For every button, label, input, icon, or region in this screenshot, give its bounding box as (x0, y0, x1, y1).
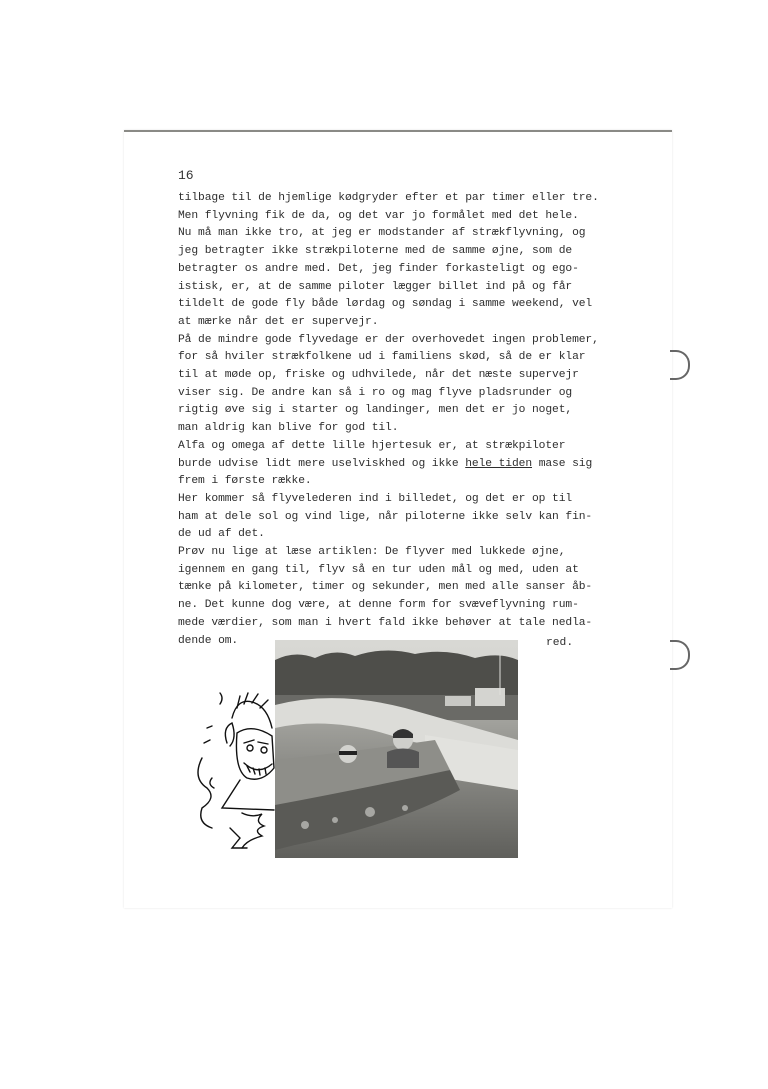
binder-ring-icon (670, 640, 690, 670)
text-line: for så hviler strækfolkene ud i familien… (178, 349, 648, 367)
page-number: 16 (178, 168, 194, 183)
text-line: man aldrig kan blive for god til. (178, 420, 648, 438)
article-body: tilbage til de hjemlige kødgryder efter … (178, 190, 648, 650)
text-line: ne. Det kunne dog være, at denne form fo… (178, 597, 648, 615)
text-line: viser sig. De andre kan så i ro og mag f… (178, 385, 648, 403)
text-line: betragter os andre med. Det, jeg finder … (178, 261, 648, 279)
text-line: istisk, er, at de samme piloter lægger b… (178, 279, 648, 297)
text-line: at mærke når det er supervejr. (178, 314, 648, 332)
text-line: tilbage til de hjemlige kødgryder efter … (178, 190, 648, 208)
text-line: Men flyvning fik de da, og det var jo fo… (178, 208, 648, 226)
text-line: På de mindre gode flyvedage er der overh… (178, 332, 648, 350)
text-line: Prøv nu lige at læse artiklen: De flyver… (178, 544, 648, 562)
signature: red. (546, 637, 573, 649)
text-line: ham at dele sol og vind lige, når pilote… (178, 509, 648, 527)
cartoon-character-illustration (192, 688, 284, 853)
text-line: Her kommer så flyvelederen ind i billede… (178, 491, 648, 509)
text-line: Nu må man ikke tro, at jeg er modstander… (178, 225, 648, 243)
text-line: frem i første række. (178, 473, 648, 491)
text-line: tildelt de gode fly både lørdag og sønda… (178, 296, 648, 314)
text-line: de ud af det. (178, 526, 648, 544)
text-line: til at møde op, friske og udhvilede, når… (178, 367, 648, 385)
text-line: rigtig øve sig i starter og landinger, m… (178, 402, 648, 420)
text-line: tænke på kilometer, timer og sekunder, m… (178, 579, 648, 597)
binder-ring-icon (670, 350, 690, 380)
text-line: mede værdier, som man i hvert fald ikke … (178, 615, 648, 633)
text-line: burde udvise lidt mere uselviskhed og ik… (178, 456, 648, 474)
text-line: igennem en gang til, flyv så en tur uden… (178, 562, 648, 580)
underlined-phrase: hele tiden (465, 458, 532, 470)
text-line: jeg betragter ikke strækpiloterne med de… (178, 243, 648, 261)
text-line: Alfa og omega af dette lille hjertesuk e… (178, 438, 648, 456)
glider-photo (275, 640, 518, 858)
